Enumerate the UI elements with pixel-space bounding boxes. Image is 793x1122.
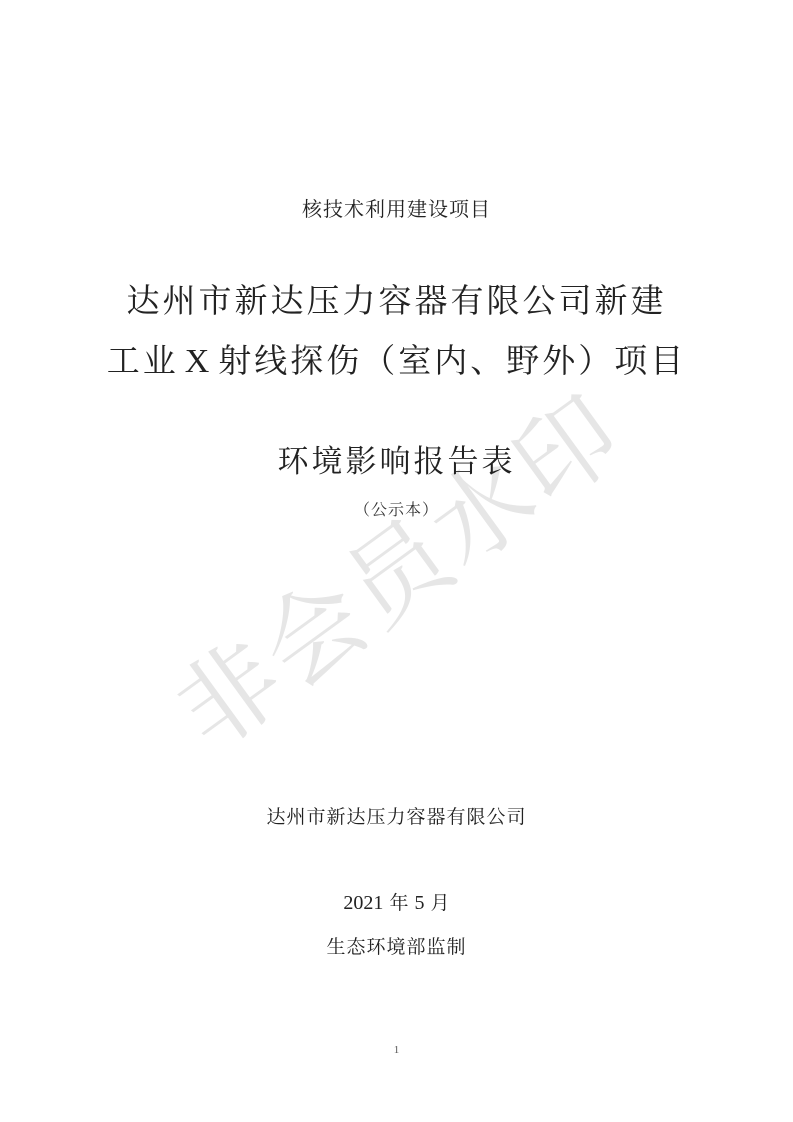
page-number: 1 [0,1044,793,1056]
project-title-line-1: 达州市新达压力容器有限公司新建 [0,275,793,322]
report-date-year-unit: 年 [383,892,414,914]
report-date: 2021 年 5 月 [0,888,793,915]
supervising-authority: 生态环境部监制 [0,932,793,959]
report-date-year: 2021 [343,892,383,914]
company-name: 达州市新达压力容器有限公司 [0,802,793,829]
project-title-line-2-latin: X [179,343,219,380]
report-type-title: 环境影响报告表 [0,436,793,481]
project-category: 核技术利用建设项目 [0,193,793,222]
project-title-line-2: 工业X射线探伤（室内、野外）项目 [0,335,793,382]
watermark-text: 非会员水印 [142,354,647,776]
report-date-month: 5 [415,892,425,914]
project-title-line-2-prefix: 工业 [107,341,179,380]
edition-label: （公示本） [0,497,793,520]
project-title-line-2-suffix: 射线探伤（室内、野外）项目 [218,341,686,380]
document-page: 非会员水印 核技术利用建设项目 达州市新达压力容器有限公司新建 工业X射线探伤（… [0,0,793,1122]
report-date-month-unit: 月 [425,892,450,914]
